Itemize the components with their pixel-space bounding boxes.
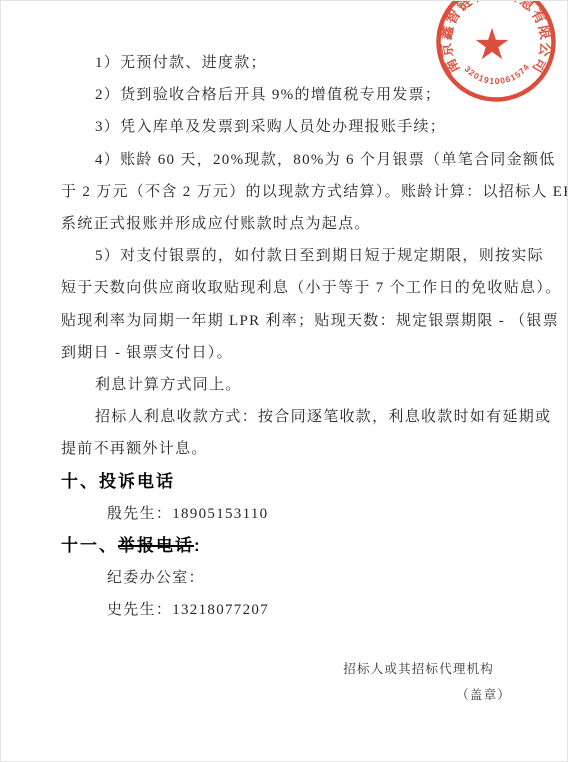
text-line: 系统正式报账并形成应付账款时点为起点。 (61, 208, 515, 240)
seal-here-label: （盖章） (343, 682, 511, 708)
text-line: 利息计算方式同上。 (61, 369, 515, 401)
text-line: 殷先生：18905153110 (61, 498, 515, 530)
signature-block: 招标人或其招标代理机构 （盖章） (343, 656, 511, 708)
text-line: 招标人利息收款方式：按合同逐笔收款，利息收款时如有延期或 (61, 401, 515, 433)
text-line: 史先生：13218077207 (61, 594, 515, 626)
heading-suffix: : (194, 536, 202, 555)
struck-text: 举报电话 (118, 536, 194, 555)
text-line: 到期日 - 银票支付日）。 (61, 337, 515, 369)
text-line: 于 2 万元（不含 2 万元）的以现款方式结算）。账龄计算：以招标人 ERP (61, 176, 515, 208)
document-page: 1）无预付款、进度款；2）货到验收合格后开具 9%的增值税专用发票；3）凭入库单… (0, 0, 568, 762)
text-line: 4）账龄 60 天，20%现款，80%为 6 个月银票（单笔合同金额低 (61, 144, 515, 176)
text-line: 贴现利率为同期一年期 LPR 利率；贴现天数：规定银票期限 - （银票 (61, 305, 515, 337)
text-line: 提前不再额外计息。 (61, 433, 515, 465)
text-line: 纪委办公室： (61, 562, 515, 594)
section-heading: 十、投诉电话 (61, 466, 515, 498)
document-body-text: 1）无预付款、进度款；2）货到验收合格后开具 9%的增值税专用发票；3）凭入库单… (61, 47, 515, 627)
text-line: 2）货到验收合格后开具 9%的增值税专用发票； (61, 79, 515, 111)
text-line: 5）对支付银票的，如付款日至到期日短于规定期限，则按实际 (61, 240, 515, 272)
signature-party-label: 招标人或其招标代理机构 (343, 656, 511, 682)
text-line: 1）无预付款、进度款； (61, 47, 515, 79)
heading-prefix: 十一、 (61, 536, 118, 555)
section-heading: 十一、举报电话: (61, 530, 515, 562)
text-line: 短于天数向供应商收取贴现利息（小于等于 7 个工作日的免收贴息）。 (61, 272, 515, 304)
text-line: 3）凭入库单及发票到采购人员处办理报账手续； (61, 111, 515, 143)
